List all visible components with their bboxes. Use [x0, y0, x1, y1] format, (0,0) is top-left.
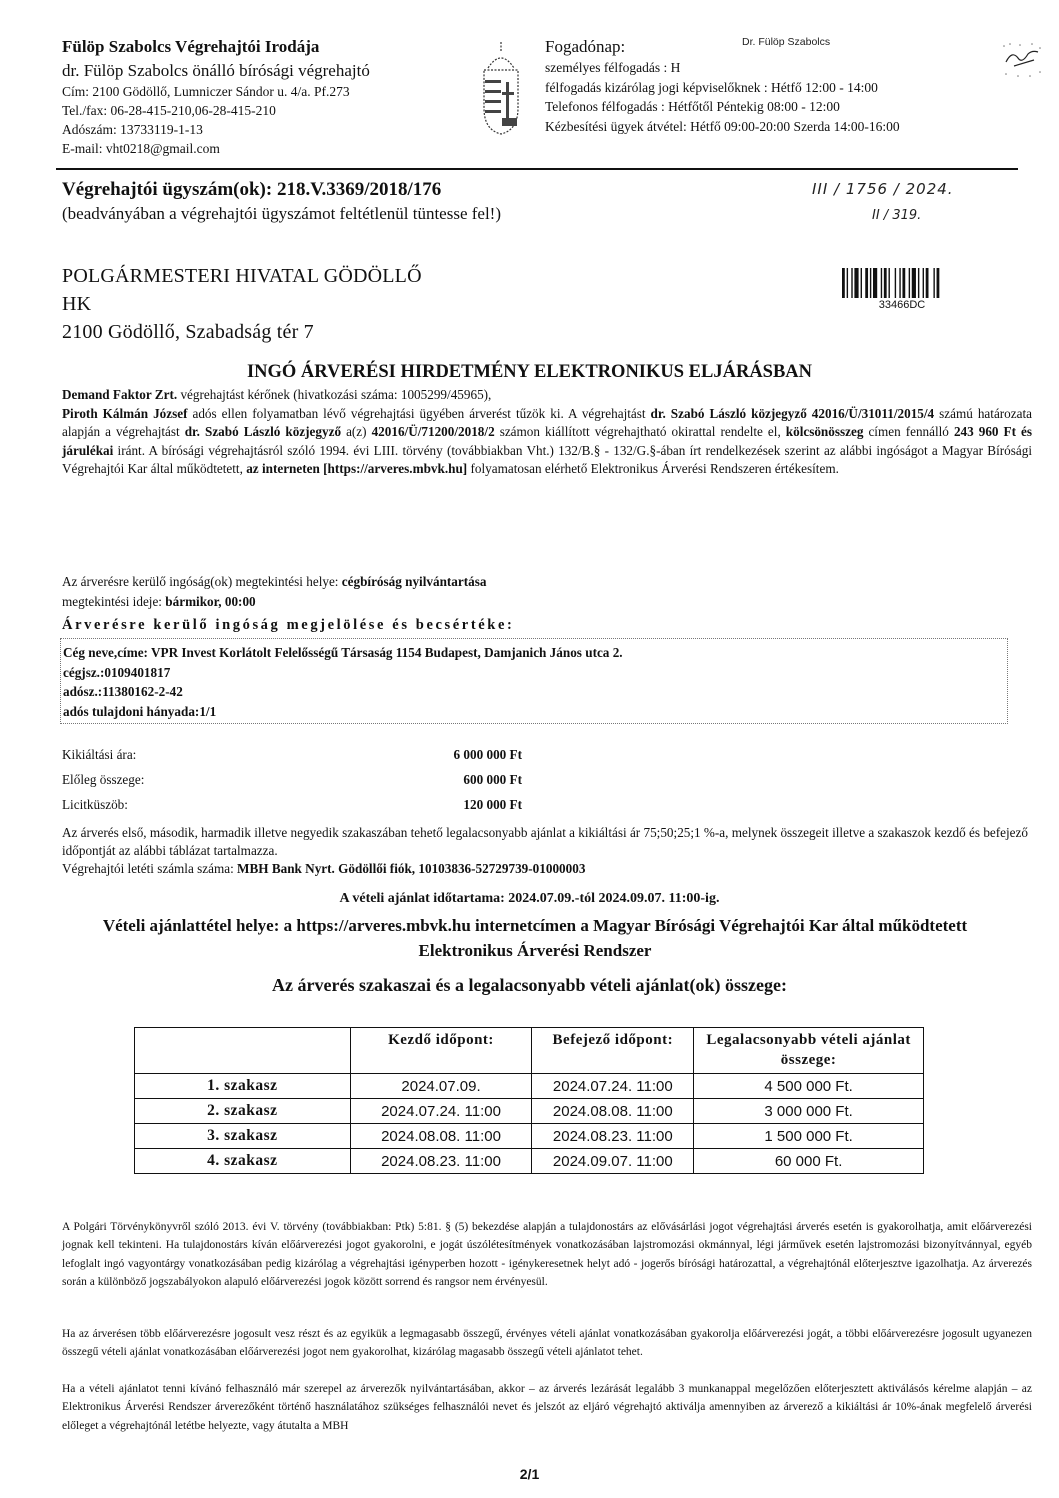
- case-block: Végrehajtói ügyszám(ok): 218.V.3369/2018…: [62, 178, 501, 226]
- end-time-cell: 2024.08.23. 11:00: [532, 1124, 694, 1149]
- min-offer-cell: 4 500 000 Ft.: [694, 1074, 924, 1099]
- offer-duration: A vételi ajánlat időtartama: 2024.07.09.…: [0, 891, 1059, 907]
- price-list: Kikiáltási ára: 6 000 000 Ft Előleg össz…: [62, 747, 522, 822]
- stamp-name: Dr. Fülöp Szabolcs: [742, 36, 830, 48]
- column-header-start: Kezdő időpont:: [350, 1028, 532, 1074]
- stage-percent-note: Az árverés első, második, harmadik illet…: [62, 824, 1042, 878]
- addressee: POLGÁRMESTERI HIVATAL GÖDÖLLŐ HK 2100 Gö…: [62, 262, 422, 346]
- price-row-starting: Kikiáltási ára: 6 000 000 Ft: [62, 747, 522, 772]
- barcode-icon: [842, 268, 962, 298]
- table-row: 1. szakasz2024.07.09.2024.07.24. 11:004 …: [135, 1074, 924, 1099]
- goods-description-box: Cég neve,címe: VPR Invest Korlátolt Fele…: [60, 638, 1008, 724]
- text-span: a(z): [341, 424, 372, 439]
- coat-of-arms-icon: [476, 38, 526, 138]
- goods-line: adósz.:11380162-2-42: [63, 682, 1005, 702]
- start-time-cell: 2024.08.23. 11:00: [350, 1149, 532, 1174]
- reception-line: Kézbesítési ügyek átvétel: Hétfő 09:00-2…: [545, 117, 1015, 137]
- stage-cell: 2. szakasz: [135, 1099, 351, 1124]
- price-label: Kikiáltási ára:: [62, 747, 136, 763]
- office-email: E-mail: vht0218@gmail.com: [62, 139, 482, 158]
- notary-reference-2: 42016/Ü/71200/2018/2: [372, 424, 495, 439]
- creditor-name: Demand Faktor Zrt.: [62, 387, 177, 402]
- handwritten-line-2: II / 319.: [872, 208, 921, 223]
- account-value: MBH Bank Nyrt. Gödöllői fiók, 10103836-5…: [237, 861, 585, 876]
- legal-paragraph-activation: Ha a vételi ajánlatot tenni kívánó felha…: [62, 1380, 1032, 1435]
- min-offer-cell: 1 500 000 Ft.: [694, 1124, 924, 1149]
- end-time-cell: 2024.09.07. 11:00: [532, 1149, 694, 1174]
- table-row: 4. szakasz2024.08.23. 11:002024.09.07. 1…: [135, 1149, 924, 1174]
- office-address: Cím: 2100 Gödöllő, Lumniczer Sándor u. 4…: [62, 82, 482, 101]
- reception-line: félfogadás kizárólag jogi képviselőknek …: [545, 78, 1015, 98]
- goods-line: cégjsz.:0109401817: [63, 663, 1005, 683]
- stage-note-text: Az árverés első, második, harmadik illet…: [62, 824, 1042, 860]
- goods-section-title: Árverésre kerülő ingóság megjelölése és …: [62, 617, 514, 634]
- auction-url-text: az interneten [https://arveres.mbvk.hu]: [246, 461, 467, 476]
- viewing-info: Az árverésre kerülő ingóság(ok) megtekin…: [62, 572, 486, 612]
- case-number-note: (beadványában a végrehajtói ügyszámot fe…: [62, 202, 501, 226]
- text-span: és: [1016, 424, 1032, 439]
- office-phone: Tel./fax: 06-28-415-210,06-28-415-210: [62, 101, 482, 120]
- min-offer-cell: 3 000 000 Ft.: [694, 1099, 924, 1124]
- end-time-cell: 2024.08.08. 11:00: [532, 1099, 694, 1124]
- signature-icon: [1000, 40, 1044, 80]
- text-span: címen fennálló: [863, 424, 954, 439]
- legal-paragraph-preemption: A Polgári Törvénykönyvről szóló 2013. év…: [62, 1218, 1032, 1291]
- price-row-bid-threshold: Licitküszöb: 120 000 Ft: [62, 797, 522, 822]
- addressee-name: POLGÁRMESTERI HIVATAL GÖDÖLLŐ: [62, 262, 422, 290]
- price-value: 120 000 Ft: [463, 797, 522, 813]
- text-span: adós ellen folyamatban lévő végrehajtási…: [187, 406, 650, 421]
- goods-line: Cég neve,címe: VPR Invest Korlátolt Fele…: [63, 643, 1005, 663]
- office-name: Fülöp Szabolcs Végrehajtói Irodája: [62, 36, 482, 58]
- document-title: INGÓ ÁRVERÉSI HIRDETMÉNY ELEKTRONIKUS EL…: [0, 362, 1059, 383]
- executor-name: dr. Fülöp Szabolcs önálló bírósági végre…: [62, 60, 482, 82]
- notary-reference-1: dr. Szabó László közjegyző 42016/Ü/31011…: [651, 406, 935, 421]
- claim-label: kölcsönösszeg: [786, 424, 864, 439]
- legal-paragraph-multiple-bidders: Ha az árverésen több előárverezésre jogo…: [62, 1325, 1032, 1362]
- handwritten-line-1: III / 1756 / 2024.: [812, 180, 954, 198]
- addressee-dept: HK: [62, 290, 422, 318]
- price-value: 6 000 000 Ft: [454, 747, 523, 763]
- header-divider: [56, 168, 1018, 170]
- table-header-row: Kezdő időpont: Befejező időpont: Legalac…: [135, 1028, 924, 1074]
- page-number: 2/1: [0, 1466, 1059, 1482]
- min-offer-cell: 60 000 Ft.: [694, 1149, 924, 1174]
- stage-cell: 3. szakasz: [135, 1124, 351, 1149]
- addressee-address: 2100 Gödöllő, Szabadság tér 7: [62, 318, 422, 346]
- reception-line: Telefonos félfogadás : Hétfőtől Péntekig…: [545, 97, 1015, 117]
- table-row: 2. szakasz2024.07.24. 11:002024.08.08. 1…: [135, 1099, 924, 1124]
- office-header: Fülöp Szabolcs Végrehajtói Irodája dr. F…: [62, 36, 482, 158]
- debtor-name: Piroth Kálmán József: [62, 406, 187, 421]
- claim-amount: 243 960 Ft: [954, 424, 1016, 439]
- table-row: 3. szakasz2024.08.08. 11:002024.08.23. 1…: [135, 1124, 924, 1149]
- price-row-deposit: Előleg összege: 600 000 Ft: [62, 772, 522, 797]
- goods-line: adós tulajdoni hányada:1/1: [63, 702, 1005, 722]
- column-header: [135, 1028, 351, 1074]
- column-header-min-offer: Legalacsonyabb vételi ajánlat összege:: [694, 1028, 924, 1074]
- offer-place: Vételi ajánlattétel helye: a https://arv…: [60, 913, 1010, 963]
- text-span: folyamatosan elérhető Elektronikus Árver…: [467, 461, 839, 476]
- case-number: Végrehajtói ügyszám(ok): 218.V.3369/2018…: [62, 178, 501, 202]
- price-label: Licitküszöb:: [62, 797, 128, 813]
- auction-stages-table: Kezdő időpont: Befejező időpont: Legalac…: [134, 1027, 924, 1174]
- viewing-time-value: bármikor, 00:00: [165, 594, 255, 609]
- auction-announcement-paragraph: Demand Faktor Zrt. végrehajtást kérőnek …: [62, 386, 1032, 479]
- stage-cell: 4. szakasz: [135, 1149, 351, 1174]
- reception-hours: Fogadónap: személyes félfogadás : H félf…: [545, 36, 1015, 136]
- reception-line: személyes félfogadás : H: [545, 58, 1015, 78]
- price-value: 600 000 Ft: [463, 772, 522, 788]
- price-label: Előleg összege:: [62, 772, 144, 788]
- start-time-cell: 2024.07.24. 11:00: [350, 1099, 532, 1124]
- stages-table-title: Az árverés szakaszai és a legalacsonyabb…: [0, 975, 1059, 996]
- handwritten-registration: III / 1756 / 2024. II / 319.: [812, 178, 1012, 248]
- text-span: végrehajtást kérőnek (hivatkozási száma:…: [177, 387, 491, 402]
- end-time-cell: 2024.07.24. 11:00: [532, 1074, 694, 1099]
- text-span: számon kiállított végrehajtható okiratta…: [495, 424, 786, 439]
- notary-name-2: dr. Szabó László közjegyző: [185, 424, 341, 439]
- viewing-time-label: megtekintési ideje:: [62, 594, 165, 609]
- office-tax-number: Adószám: 13733119-1-13: [62, 120, 482, 139]
- viewing-place-value: cégbíróság nyilvántartása: [342, 574, 487, 589]
- start-time-cell: 2024.08.08. 11:00: [350, 1124, 532, 1149]
- start-time-cell: 2024.07.09.: [350, 1074, 532, 1099]
- stage-cell: 1. szakasz: [135, 1074, 351, 1099]
- column-header-end: Befejező időpont:: [532, 1028, 694, 1074]
- barcode-number: 33466DC: [842, 299, 962, 311]
- costs-label: járulékai: [62, 443, 113, 458]
- viewing-place-label: Az árverésre kerülő ingóság(ok) megtekin…: [62, 574, 342, 589]
- account-label: Végrehajtói letéti számla száma:: [62, 861, 237, 876]
